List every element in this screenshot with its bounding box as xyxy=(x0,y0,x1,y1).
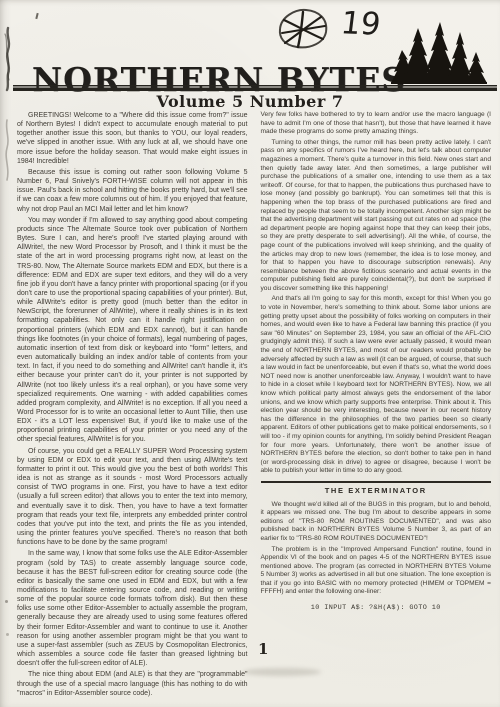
paragraph-rumor-mill: Turning to other things, the rumor mill … xyxy=(261,139,492,294)
paragraph-ale-assembler: In the same way, I know that some folks … xyxy=(17,549,248,668)
paragraph-bug-intro: We thought we'd killed all of the BUGS i… xyxy=(261,501,492,544)
page-number: 1 xyxy=(258,640,268,658)
speck-mark xyxy=(6,633,9,636)
body-columns: GREETINGS! Welcome to a "Where did this … xyxy=(17,111,491,700)
masthead-divider-rule xyxy=(13,85,497,91)
speck-mark xyxy=(5,600,8,603)
pencil-tick-mark xyxy=(35,13,38,19)
exterminator-heading: THE EXTERMINATOR xyxy=(261,487,492,496)
margin-scribble-icon xyxy=(2,118,12,184)
paragraph-macro-language: The nice thing about EDM (and ALE) is th… xyxy=(17,670,248,697)
issue-heading: Volume 5 Number 7 xyxy=(0,92,500,111)
paragraph-allwrite: You may wonder if I'm allowed to say any… xyxy=(17,216,248,445)
margin-scribble-icon xyxy=(2,26,14,92)
paragraph-bug-details: The problem is in the "Improved Ampersan… xyxy=(261,546,492,598)
right-column: Very few folks have bothered to try to l… xyxy=(261,111,492,700)
paragraph-wordprocessing: Of course, you could get a REALLY SUPER … xyxy=(17,447,248,548)
smudge-mark xyxy=(243,668,321,676)
section-divider-rule xyxy=(261,481,492,483)
paragraph-macro-continued: Very few folks have bothered to try to l… xyxy=(261,111,492,137)
paragraph-forthwise: Because this issue is coming out rather … xyxy=(17,168,248,214)
handwritten-circled-asterisk-icon xyxy=(272,6,334,51)
basic-code-line: 10 INPUT A$: ?&H(A$): GOTO 10 xyxy=(261,604,492,613)
left-column: GREETINGS! Welcome to a "Where did this … xyxy=(17,111,248,700)
scanned-newsletter-page: 19 NORTHERN BYTES Volume 5 Number 7 GREE… xyxy=(0,0,500,707)
pine-trees-logo-icon xyxy=(388,20,488,88)
paragraph-election: And that's all I'm going to say for this… xyxy=(261,295,492,475)
paragraph-greetings: GREETINGS! Welcome to a "Where did this … xyxy=(17,111,248,166)
handwritten-number: 19 xyxy=(339,5,383,42)
